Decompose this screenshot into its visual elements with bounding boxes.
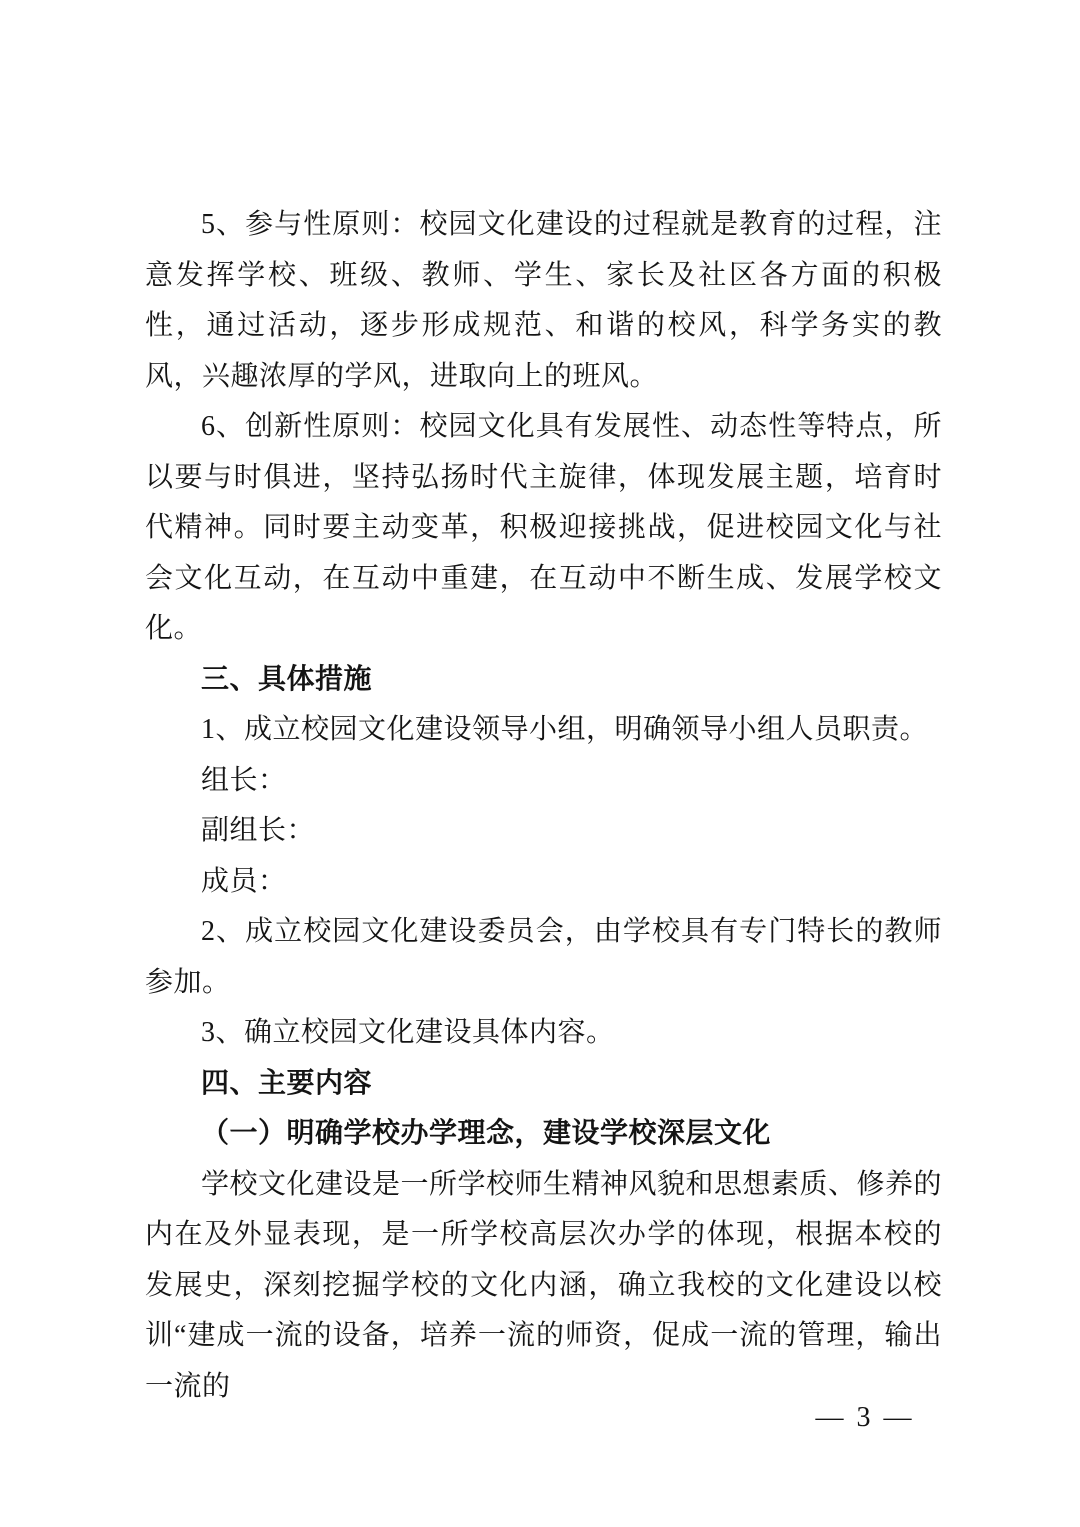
measure-item-1: 1、成立校园文化建设领导小组，明确领导小组人员职责。 [145,705,942,756]
paragraph-principle-5: 5、参与性原则：校园文化建设的过程就是教育的过程，注意发挥学校、班级、教师、学生… [145,200,942,402]
deputy-leader-label-line: 副组长： [145,806,942,857]
document-body: 5、参与性原则：校园文化建设的过程就是教育的过程，注意发挥学校、班级、教师、学生… [145,200,942,1412]
section-heading-specific-measures: 三、具体措施 [145,655,942,706]
paragraph-principle-6: 6、创新性原则：校园文化具有发展性、动态性等特点，所以要与时俱进，坚持弘扬时代主… [145,402,942,655]
paragraph-school-culture: 学校文化建设是一所学校师生精神风貌和思想素质、修养的内在及外显表现，是一所学校高… [145,1160,942,1413]
section-heading-main-content: 四、主要内容 [145,1059,942,1110]
leader-label-line: 组长： [145,756,942,807]
document-page: 5、参与性原则：校园文化建设的过程就是教育的过程，注意发挥学校、班级、教师、学生… [0,0,1080,1527]
members-label-line: 成员： [145,857,942,908]
measure-item-3: 3、确立校园文化建设具体内容。 [145,1008,942,1059]
measure-item-2: 2、成立校园文化建设委员会，由学校具有专门特长的教师参加。 [145,907,942,1008]
subsection-heading-school-philosophy: （一）明确学校办学理念，建设学校深层文化 [145,1109,942,1160]
page-number: — 3 — [0,1401,1080,1435]
